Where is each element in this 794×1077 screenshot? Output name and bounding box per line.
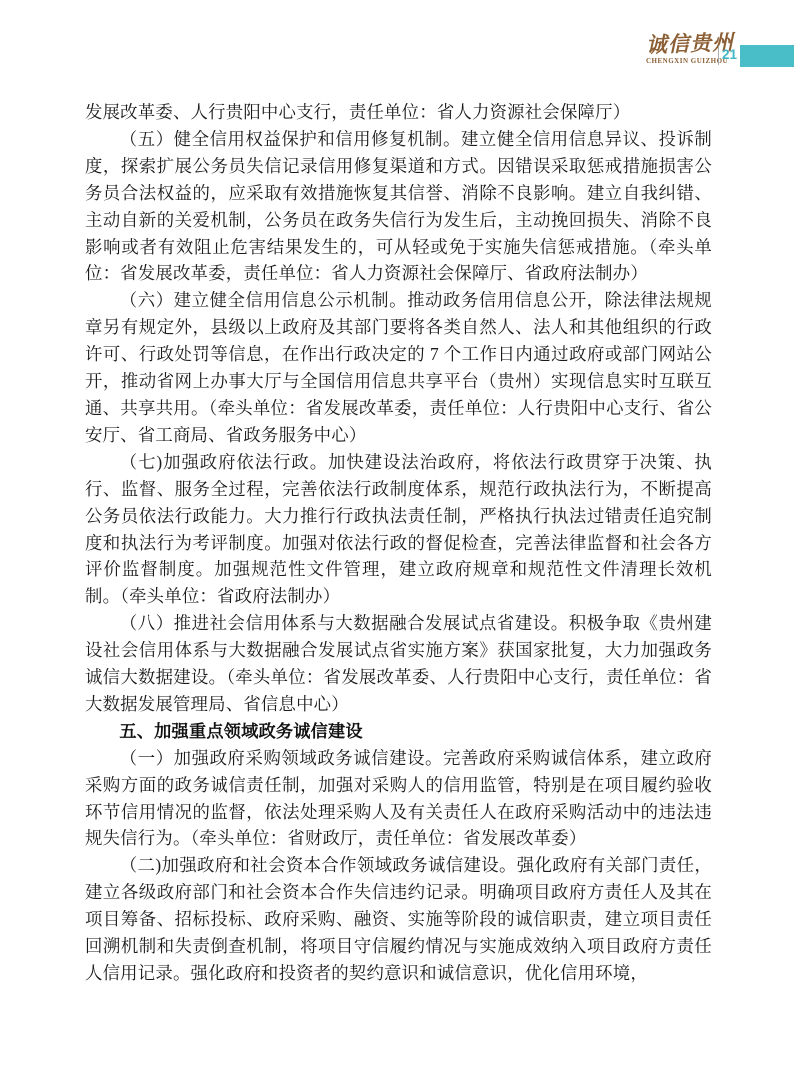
page-header: 诚信贵州 CHENGXIN GUIZHOU 21 xyxy=(0,0,794,90)
header-accent-bar xyxy=(740,45,794,67)
paragraph-section5-item2: （二)加强政府和社会资本合作领域政务诚信建设。强化政府有关部门责任，建立各级政府… xyxy=(85,852,712,987)
paragraph-section4-item8: （八）推进社会信用体系与大数据融合发展试点省建设。积极争取《贵州建设社会信用体系… xyxy=(85,610,712,718)
paragraph-section4-item5: （五）健全信用权益保护和信用修复机制。建立健全信用信息异议、投诉制度，探索扩展公… xyxy=(85,126,712,287)
logo-subtitle-text: CHENGXIN GUIZHOU xyxy=(646,57,716,65)
logo-calligraphy-text: 诚信贵州 xyxy=(646,32,717,57)
paragraph-section5-item1: （一）加强政府采购领域政务诚信建设。完善政府采购诚信体系，建立政府采购方面的政务… xyxy=(85,745,712,853)
section5-heading: 五、加强重点领域政务诚信建设 xyxy=(85,718,712,745)
paragraph-section4-item7: （七)加强政府依法行政。加快建设法治政府，将依法行政贯穿于决策、执行、监督、服务… xyxy=(85,449,712,610)
paragraph-continuation: 发展改革委、人行贵阳中心支行，责任单位：省人力资源社会保障厅） xyxy=(85,99,712,126)
page-number: 21 xyxy=(722,47,737,62)
chengxin-guizhou-logo: 诚信贵州 CHENGXIN GUIZHOU xyxy=(646,33,716,65)
header-divider xyxy=(718,46,719,65)
document-body: 发展改革委、人行贵阳中心支行，责任单位：省人力资源社会保障厅） （五）健全信用权… xyxy=(85,99,712,987)
paragraph-section4-item6: （六）建立健全信用信息公示机制。推动政务信用信息公开，除法律法规规章另有规定外，… xyxy=(85,287,712,448)
